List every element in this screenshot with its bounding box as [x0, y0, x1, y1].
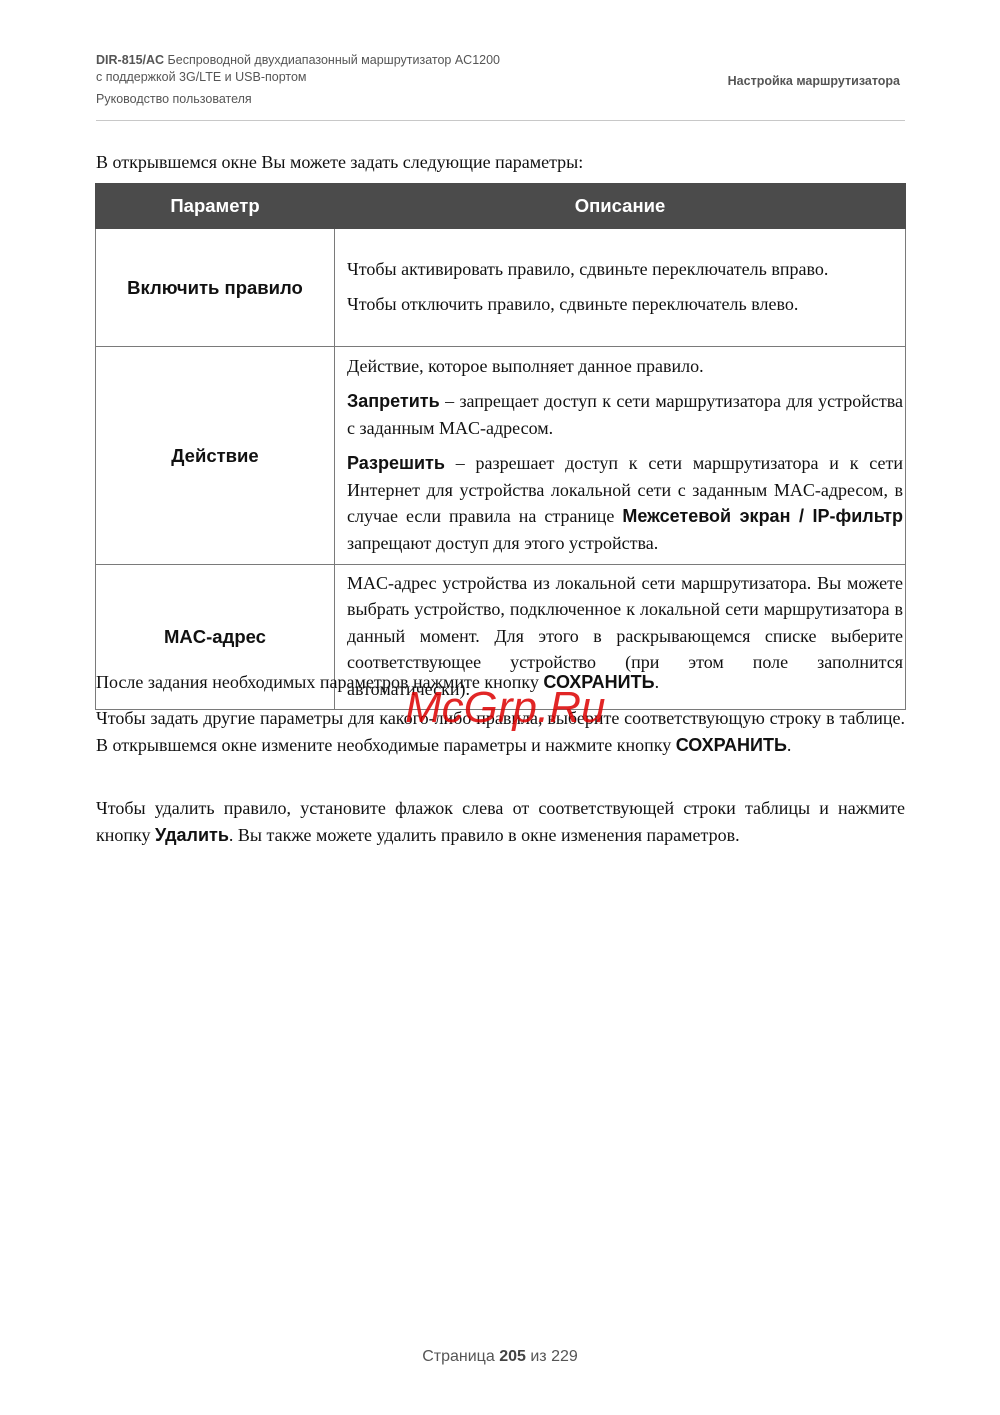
param-name: Включить правило	[96, 229, 335, 347]
current-page: 205	[499, 1348, 526, 1365]
paragraph-text-end: .	[787, 735, 792, 755]
option-allow: Разрешить	[347, 453, 445, 473]
column-header-description: Описание	[335, 184, 906, 229]
desc-paragraph: Чтобы отключить правило, сдвиньте перекл…	[347, 291, 903, 318]
page-label: Страница	[422, 1348, 499, 1365]
page-header: DIR-815/AC Беспроводной двухдиапазонный …	[96, 52, 905, 121]
table-row: Включить правило Чтобы активировать прав…	[96, 229, 906, 347]
header-product-info: DIR-815/AC Беспроводной двухдиапазонный …	[96, 52, 500, 108]
product-description: Беспроводной двухдиапазонный маршрутизат…	[164, 53, 500, 67]
product-description-line2: с поддержкой 3G/LTE и USB-портом	[96, 69, 500, 86]
param-description: Чтобы активировать правило, сдвиньте пер…	[335, 229, 906, 347]
total-pages: 229	[551, 1348, 578, 1365]
intro-text: В открывшемся окне Вы можете задать след…	[96, 152, 583, 173]
page-number: Страница 205 из 229	[0, 1348, 1000, 1366]
header-title-line: DIR-815/AC Беспроводной двухдиапазонный …	[96, 52, 500, 69]
watermark: McGrp.Ru	[405, 683, 605, 733]
option-deny: Запретить	[347, 391, 440, 411]
paragraph-text-end: . Вы также можете удалить правило в окне…	[229, 825, 740, 845]
parameters-table: Параметр Описание Включить правило Чтобы…	[95, 183, 906, 710]
table-row: Действие Действие, которое выполняет дан…	[96, 347, 906, 565]
table-header-row: Параметр Описание	[96, 184, 906, 229]
paragraph-delete: Чтобы удалить правило, установите флажок…	[96, 795, 905, 848]
model-name: DIR-815/AC	[96, 53, 164, 67]
param-name: Действие	[96, 347, 335, 565]
paragraph-text-end: .	[655, 672, 660, 692]
save-button-ref: СОХРАНИТЬ	[676, 735, 787, 755]
doc-type: Руководство пользователя	[96, 91, 500, 108]
section-title: Настройка маршрутизатора	[728, 74, 900, 88]
page-of: из	[526, 1348, 551, 1365]
desc-paragraph: Запретить – запрещает доступ к сети марш…	[347, 388, 903, 441]
desc-paragraph: Разрешить – разрешает доступ к сети марш…	[347, 450, 903, 556]
param-description: Действие, которое выполняет данное прави…	[335, 347, 906, 565]
delete-button-ref: Удалить	[155, 825, 229, 845]
option-allow-text-end: запрещают доступ для этого устройства.	[347, 533, 658, 553]
firewall-page-ref: Межсетевой экран / IP-фильтр	[622, 506, 903, 526]
desc-paragraph: Действие, которое выполняет данное прави…	[347, 353, 903, 380]
column-header-parameter: Параметр	[96, 184, 335, 229]
desc-paragraph: Чтобы активировать правило, сдвиньте пер…	[347, 256, 903, 283]
